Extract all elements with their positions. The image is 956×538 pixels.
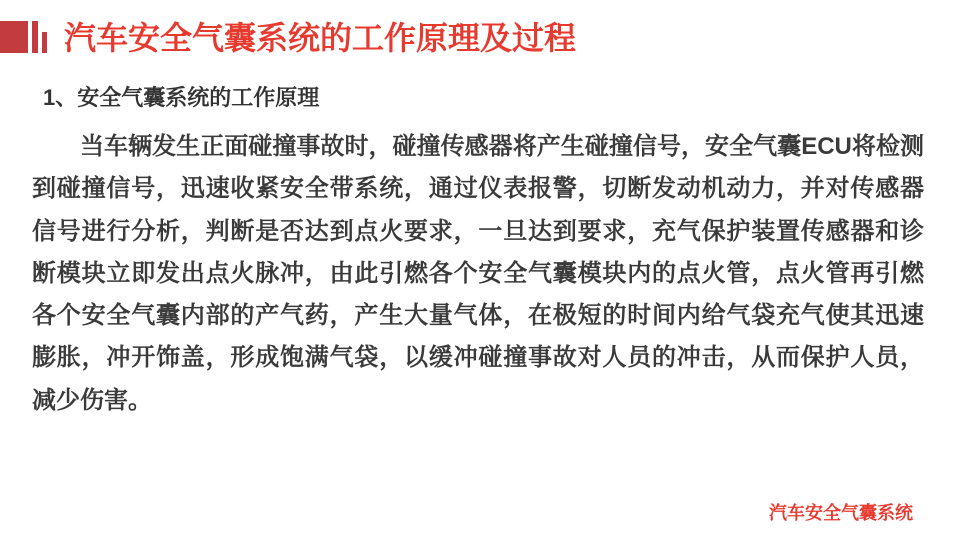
title-marker-bar-small-icon — [42, 32, 47, 53]
paragraph-line: 各个安全气囊内部的产气药，产生大量气体，在极短的时间内给气袋充气使其迅速 — [32, 295, 924, 337]
title-marker-square-icon — [0, 21, 28, 53]
section-heading: 1、安全气囊系统的工作原理 — [43, 84, 319, 112]
paragraph-line: 减少伤害。 — [32, 380, 924, 422]
title-marker-bar-large-icon — [32, 21, 38, 53]
paragraph-line: 信号进行分析，判断是否达到点火要求，一旦达到要求，充气保护装置传感器和诊 — [32, 211, 924, 253]
page-title: 汽车安全气囊系统的工作原理及过程 — [64, 20, 576, 56]
paragraph-line: 到碰撞信号，迅速收紧安全带系统，通过仪表报警，切断发动机动力，并对传感器 — [32, 168, 924, 210]
paragraph-line: 当车辆发生正面碰撞事故时，碰撞传感器将产生碰撞信号，安全气囊ECU将检测 — [32, 126, 924, 168]
paragraph-line: 膨胀，冲开饰盖，形成饱满气袋，以缓冲碰撞事故对人员的冲击，从而保护人员， — [32, 337, 924, 379]
body-paragraph: 当车辆发生正面碰撞事故时，碰撞传感器将产生碰撞信号，安全气囊ECU将检测 到碰撞… — [32, 126, 924, 422]
paragraph-line: 断模块立即发出点火脉冲，由此引燃各个安全气囊模块内的点火管，点火管再引燃 — [32, 253, 924, 295]
footer-label: 汽车安全气囊系统 — [769, 502, 913, 524]
